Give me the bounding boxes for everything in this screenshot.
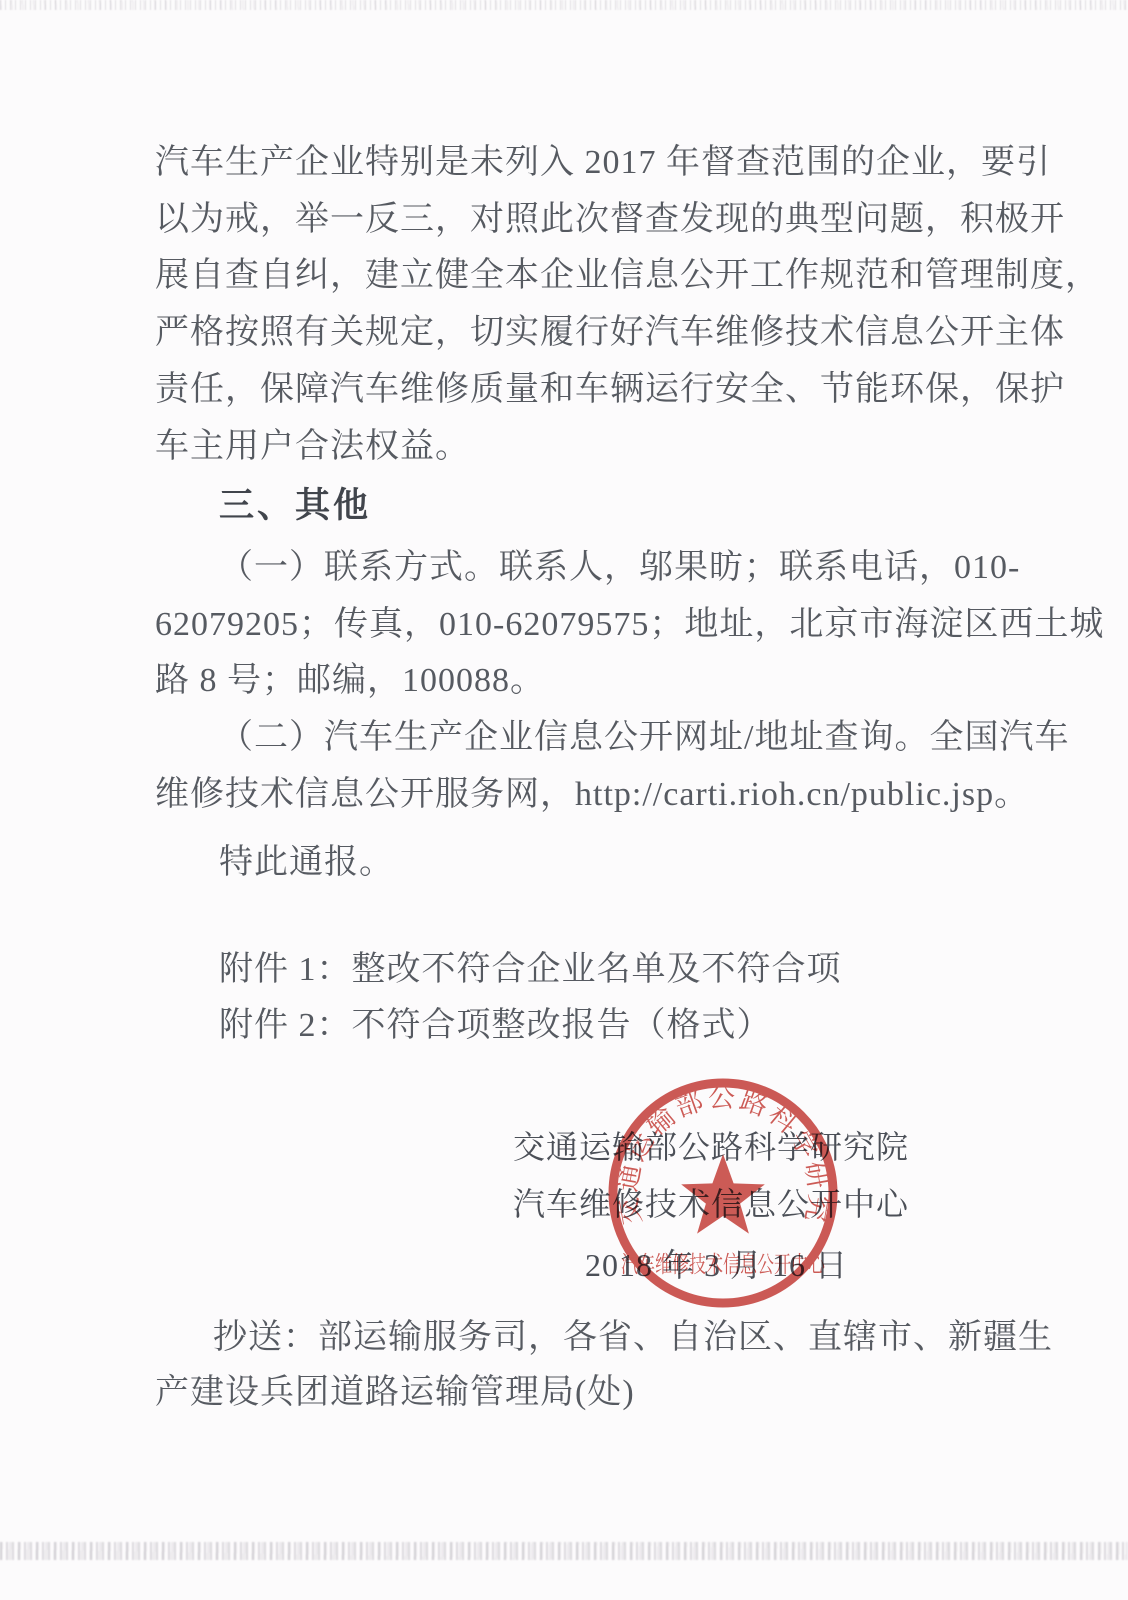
body-line: 责任，保障汽车维修质量和车辆运行安全、节能环保，保护 <box>155 370 969 410</box>
body-line: 展自查自纠，建立健全本企业信息公开工作规范和管理制度， <box>155 256 969 296</box>
body-line: 车主用户合法权益。 <box>155 427 969 467</box>
scan-noise-top <box>0 0 1128 10</box>
body-line: 汽车生产企业特别是未列入 2017 年督查范围的企业，要引 <box>155 143 969 183</box>
website-line: （二）汽车生产企业信息公开网址/地址查询。全国汽车 <box>155 718 969 758</box>
closing-line: 特此通报。 <box>155 843 969 883</box>
section-heading: 三、其他 <box>155 486 969 526</box>
scan-noise-bottom <box>0 1542 1128 1560</box>
attachment-item: 附件 1：整改不符合企业名单及不符合项 <box>155 950 969 990</box>
body-line: 以为戒，举一反三，对照此次督查发现的典型问题，积极开 <box>155 200 969 240</box>
star-icon <box>681 1154 765 1234</box>
attachment-item: 附件 2：不符合项整改报告（格式） <box>155 1006 969 1046</box>
website-line: 维修技术信息公开服务网，http://carti.rioh.cn/public.… <box>155 775 969 815</box>
seal-center-text: 汽车维修技术信息公开中心 <box>621 1252 826 1277</box>
body-line: 严格按照有关规定，切实履行好汽车维修技术信息公开主体 <box>155 313 969 353</box>
contact-line: 路 8 号；邮编，100088。 <box>155 661 969 701</box>
scanned-document-page: 汽车生产企业特别是未列入 2017 年督查范围的企业，要引 以为戒，举一反三，对… <box>0 0 1128 1600</box>
official-seal: 交通运输部公路科学研究院 汽车维修技术信息公开中心 <box>604 1076 842 1314</box>
contact-line: （一）联系方式。联系人，邬果昉；联系电话，010- <box>155 548 969 588</box>
cc-line: 抄送：部运输服务司，各省、自治区、直辖市、新疆生 <box>155 1318 969 1358</box>
cc-line: 产建设兵团道路运输管理局(处) <box>155 1373 969 1413</box>
contact-line: 62079205；传真，010-62079575；地址，北京市海淀区西土城 <box>155 605 969 645</box>
